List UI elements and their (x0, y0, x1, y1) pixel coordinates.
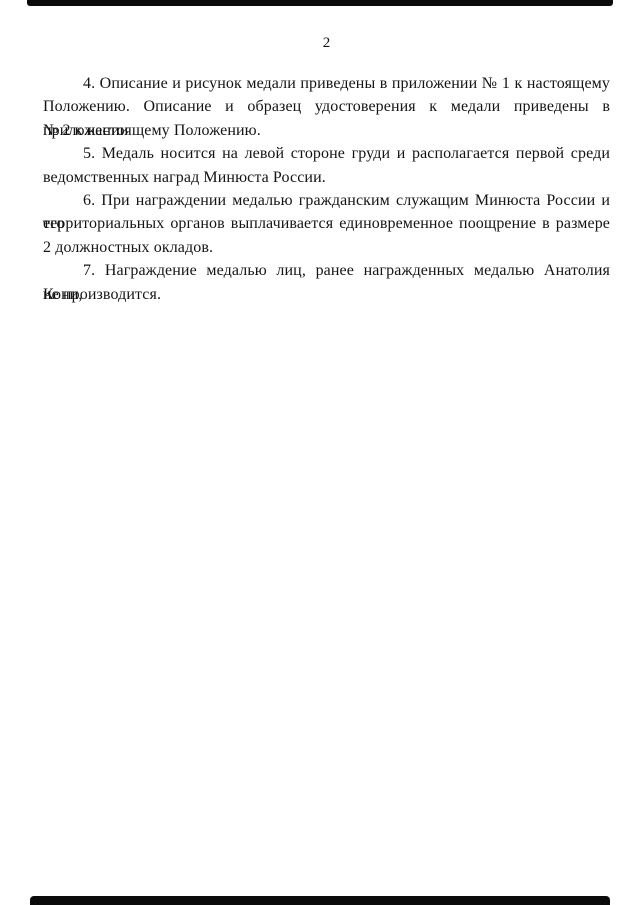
text-line: № 2 к настоящему Положению. (43, 119, 610, 142)
text-line: 2 должностных окладов. (43, 236, 610, 259)
text-line: 5. Медаль носится на левой стороне груди… (43, 142, 610, 165)
text-line: 7. Награждение медалью лиц, ранее награж… (43, 259, 610, 282)
document-page: 2 4. Описание и рисунок медали приведены… (0, 0, 640, 905)
text-line: Положению. Описание и образец удостовере… (43, 95, 610, 118)
text-line: не производится. (43, 283, 610, 306)
text-line: 6. При награждении медалью гражданским с… (43, 189, 610, 212)
page-number: 2 (43, 33, 610, 53)
document-body: 4. Описание и рисунок медали приведены в… (43, 72, 610, 306)
text-line: территориальных органов выплачивается ед… (43, 212, 610, 235)
scan-artifact-bottom (30, 896, 610, 905)
text-line: ведомственных наград Минюста России. (43, 166, 610, 189)
scan-artifact-top (27, 0, 613, 6)
text-line: 4. Описание и рисунок медали приведены в… (43, 72, 610, 95)
